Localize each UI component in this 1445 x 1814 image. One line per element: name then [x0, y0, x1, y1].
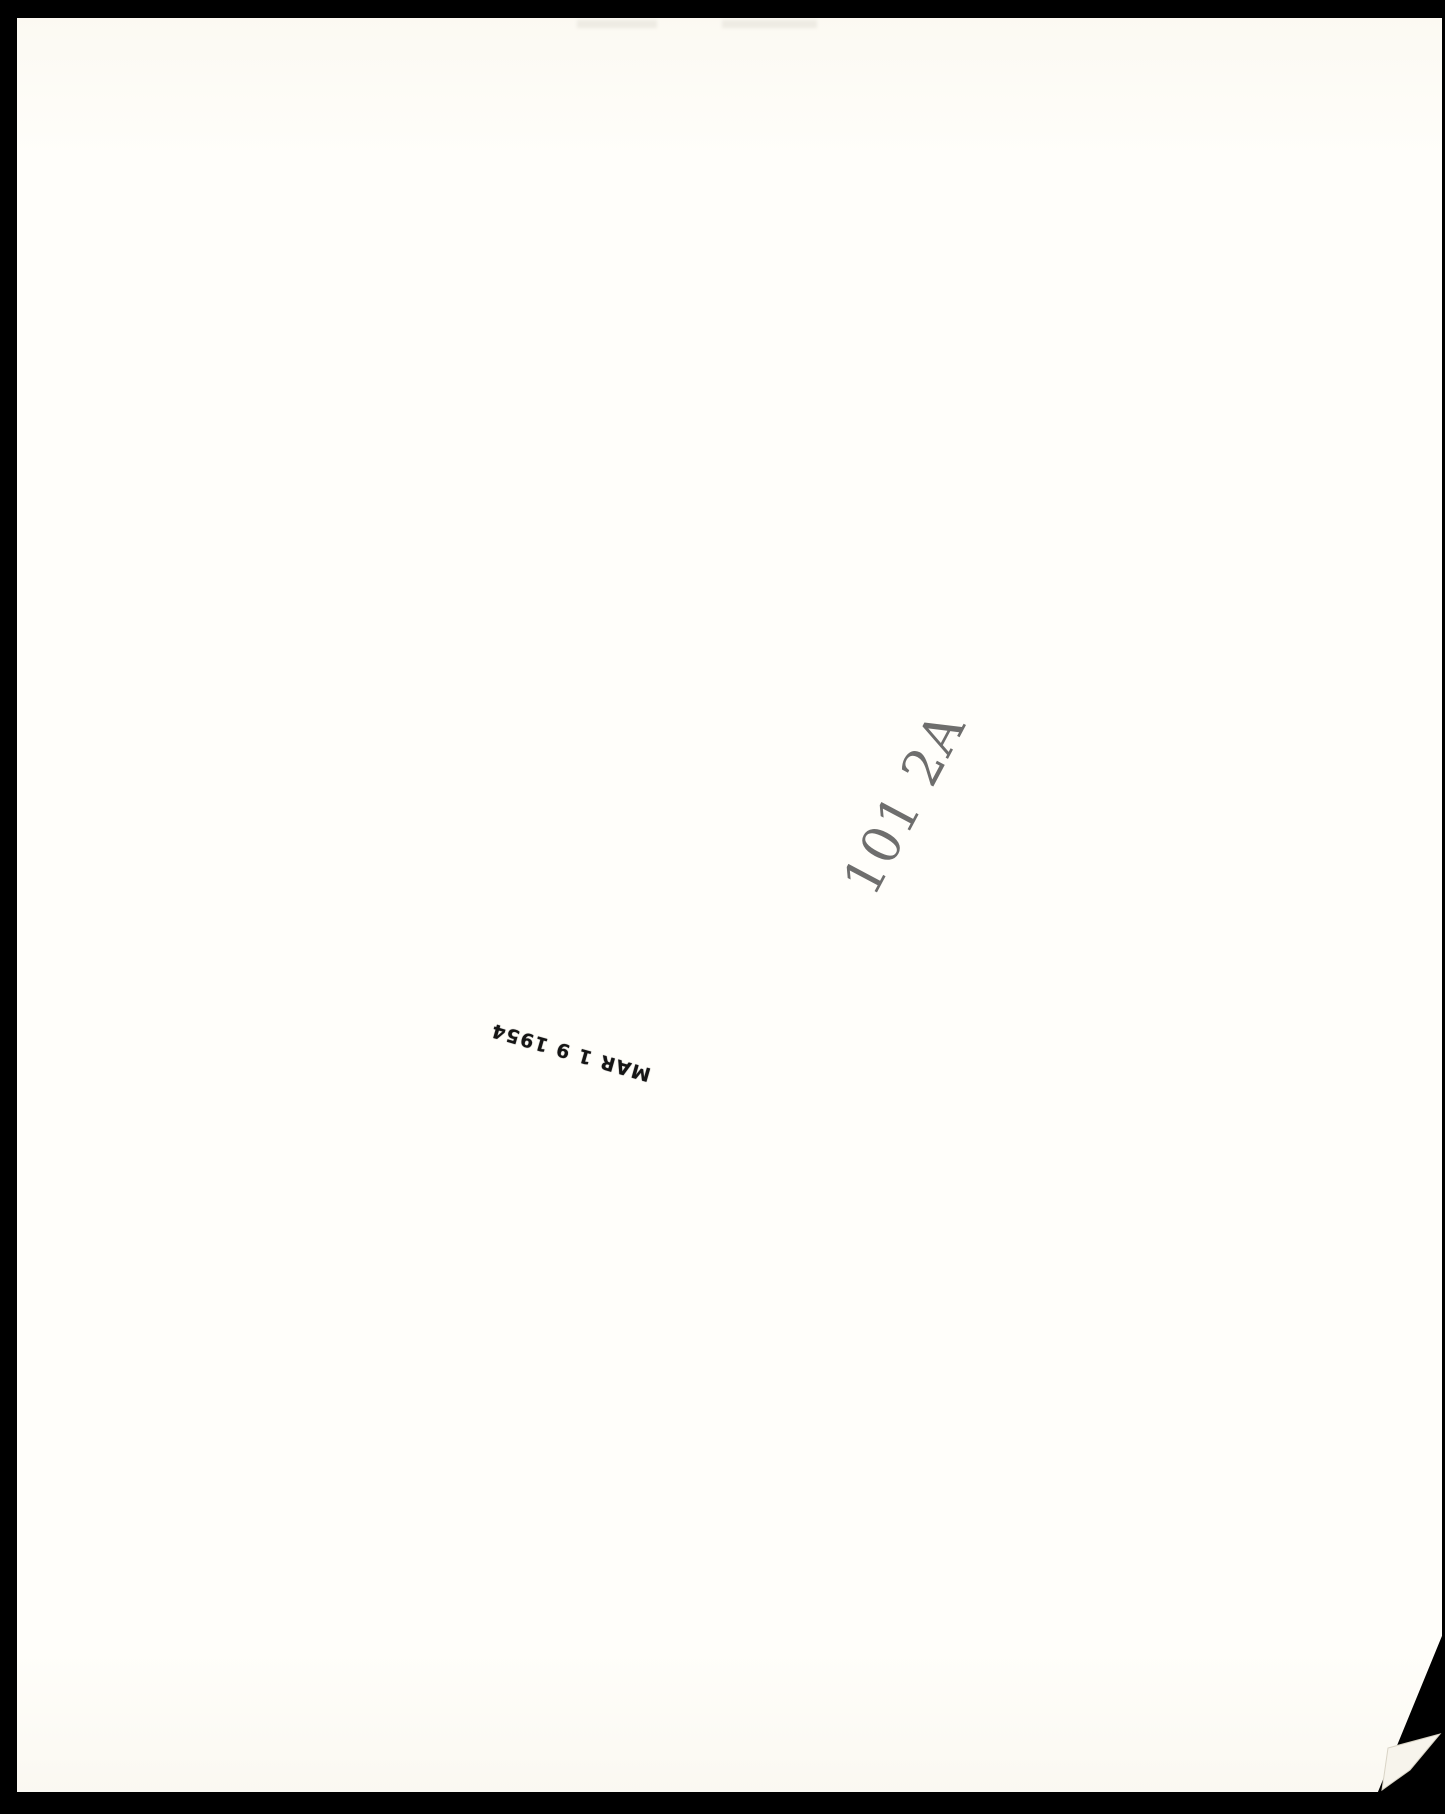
- show-through-mark: [722, 20, 817, 28]
- show-through-mark: [577, 20, 657, 28]
- document-sheet: [17, 18, 1442, 1792]
